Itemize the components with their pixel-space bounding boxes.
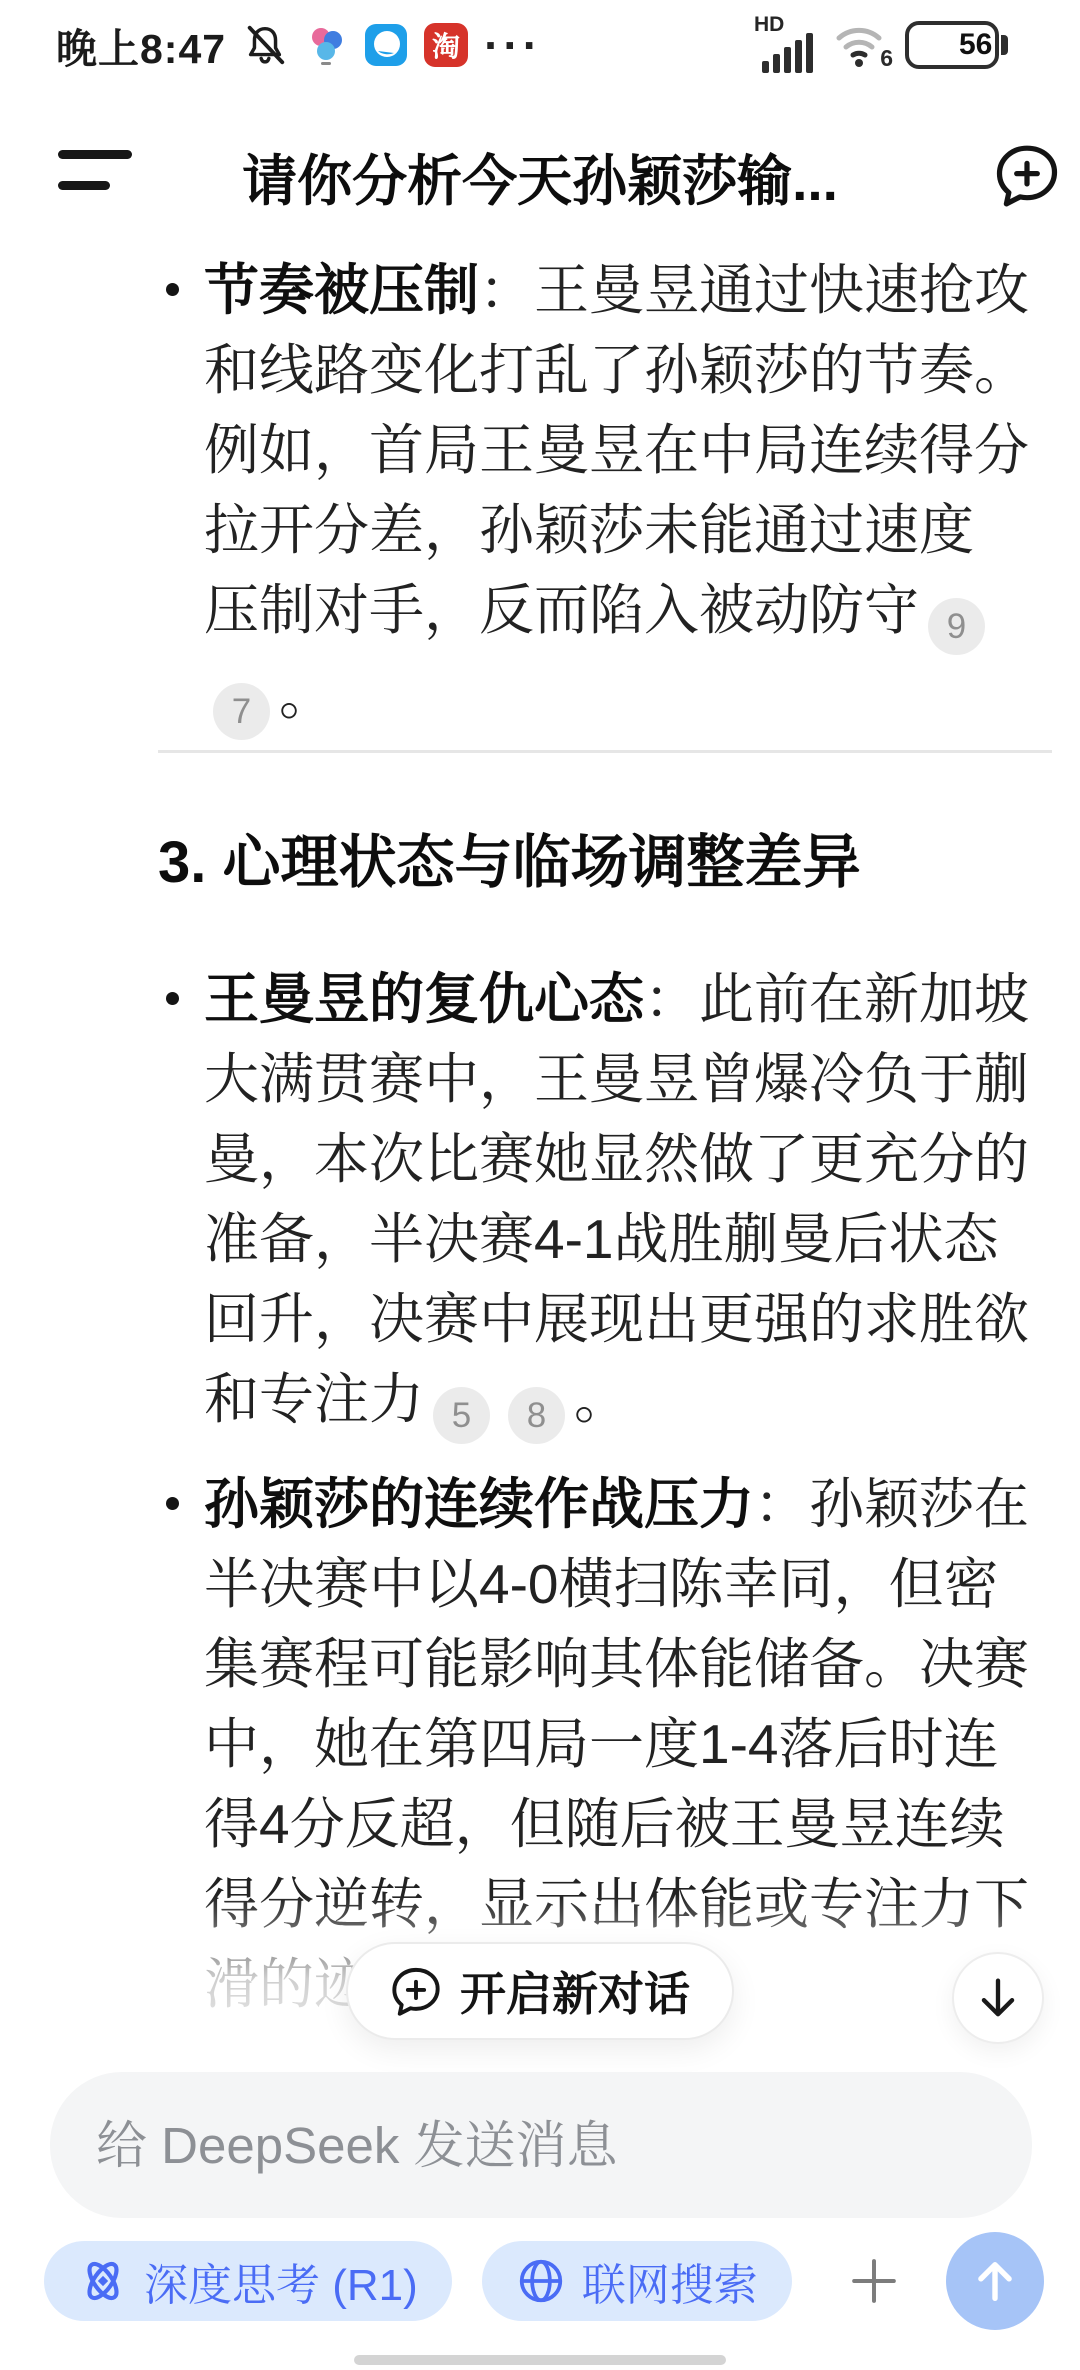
message-composer	[50, 2072, 1032, 2218]
section-heading: 3. 心理状态与临场调整差异	[158, 827, 1060, 899]
arrow-down-icon	[972, 1972, 1024, 2024]
bullet-rhythm-suppressed: 节奏被压制：王曼昱通过快速抢攻 和线路变化打乱了孙颖莎的节奏。 例如，首局王曼昱…	[158, 250, 1058, 740]
bullet-text: ：此前在新加坡 大满贯赛中，王曼昱曾爆冷负于蒯 曼，本次比赛她显然做了更充分的 …	[204, 968, 1029, 1430]
citation-badge[interactable]: 5	[433, 1387, 490, 1444]
deep-think-label: 深度思考 (R1)	[144, 2249, 418, 2313]
globe-icon	[516, 2256, 566, 2306]
bullet-lead: 孙颖莎的连续作战压力	[204, 1473, 754, 1535]
section-divider	[158, 750, 1052, 753]
send-button[interactable]	[946, 2232, 1044, 2330]
new-chat-bubble-icon	[390, 1965, 442, 2017]
home-indicator[interactable]	[354, 2355, 726, 2365]
bullet-lead: 王曼昱的复仇心态	[204, 968, 644, 1030]
deepseek-app-screen: 晚上8:47	[0, 0, 1080, 2370]
bullet-tail: 。	[279, 664, 334, 726]
composer-toolbar: 深度思考 (R1) 联网搜索	[44, 2233, 1044, 2329]
web-search-label: 联网搜索	[582, 2249, 758, 2313]
bullet-tail: 。	[574, 1368, 629, 1430]
bullet-lead: 节奏被压制	[204, 259, 479, 321]
attach-plus-button[interactable]	[844, 2251, 904, 2311]
new-chat-pill-button[interactable]: 开启新对话	[346, 1942, 734, 2040]
scroll-to-bottom-button[interactable]	[952, 1952, 1044, 2044]
plus-icon	[846, 2253, 902, 2309]
citation-badge[interactable]: 7	[213, 683, 270, 740]
deep-think-toggle[interactable]: 深度思考 (R1)	[44, 2241, 452, 2321]
new-chat-pill-label: 开启新对话	[460, 1958, 690, 2024]
arrow-up-icon	[969, 2255, 1021, 2307]
citation-badge[interactable]: 9	[928, 598, 985, 655]
web-search-toggle[interactable]: 联网搜索	[482, 2241, 792, 2321]
assistant-message: 节奏被压制：王曼昱通过快速抢攻 和线路变化打乱了孙颖莎的节奏。 例如，首局王曼昱…	[0, 0, 1080, 2029]
citation-badge[interactable]: 8	[508, 1387, 565, 1444]
bullet-wang-revenge: 王曼昱的复仇心态：此前在新加坡 大满贯赛中，王曼昱曾爆冷负于蒯 曼，本次比赛她显…	[158, 959, 1058, 1444]
atom-icon	[78, 2256, 128, 2306]
composer-input[interactable]	[96, 2116, 986, 2175]
